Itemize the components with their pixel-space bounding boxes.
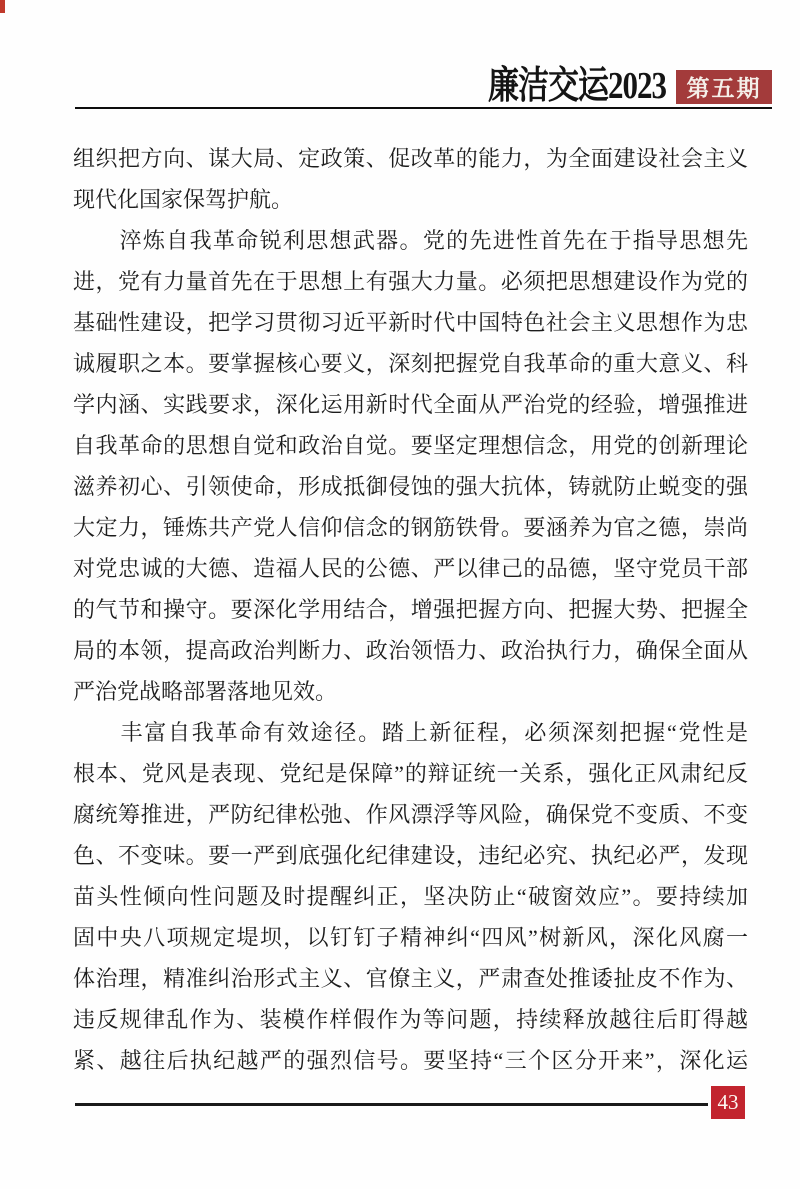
text-line: 自我革命的思想自觉和政治自觉。要坚定理想信念，用党的创新理论 xyxy=(73,425,748,466)
masthead-title: 廉洁交运2023 xyxy=(488,54,666,109)
text-line: 组织把方向、谋大局、定政策、促改革的能力，为全面建设社会主义 xyxy=(73,138,748,179)
text-line: 学内涵、实践要求，深化运用新时代全面从严治党的经验，增强推进 xyxy=(73,384,748,425)
header-rule xyxy=(75,107,772,109)
text-line: 根本、党风是表现、党纪是保障”的辩证统一关系，强化正风肃纪反 xyxy=(73,753,748,794)
text-line: 局的本领，提高政治判断力、政治领悟力、政治执行力，确保全面从 xyxy=(73,630,748,671)
text-line: 淬炼自我革命锐利思想武器。党的先进性首先在于指导思想先 xyxy=(73,220,748,261)
journal-page: 廉洁交运2023 第五期 组织把方向、谋大局、定政策、促改革的能力，为全面建设社… xyxy=(0,0,800,1189)
text-line: 色、不变味。要一严到底强化纪律建设，违纪必究、执纪必严，发现 xyxy=(73,835,748,876)
text-line: 违反规律乱作为、装模作样假作为等问题，持续释放越往后盯得越 xyxy=(73,999,748,1040)
text-line: 滋养初心、引领使命，形成抵御侵蚀的强大抗体，铸就防止蜕变的强 xyxy=(73,466,748,507)
text-line: 丰富自我革命有效途径。踏上新征程，必须深刻把握“党性是 xyxy=(73,712,748,753)
page-header: 廉洁交运2023 第五期 xyxy=(488,64,772,109)
text-line: 对党忠诚的大德、造福人民的公德、严以律己的品德，坚守党员干部 xyxy=(73,548,748,589)
text-line: 紧、越往后执纪越严的强烈信号。要坚持“三个区分开来”，深化运 xyxy=(73,1040,748,1081)
corner-red-mark xyxy=(0,0,5,13)
text-line: 苗头性倾向性问题及时提醒纠正，坚决防止“破窗效应”。要持续加 xyxy=(73,876,748,917)
issue-badge: 第五期 xyxy=(676,70,772,104)
text-line: 严治党战略部署落地见效。 xyxy=(73,671,748,712)
text-line: 现代化国家保驾护航。 xyxy=(73,179,748,220)
text-line: 基础性建设，把学习贯彻习近平新时代中国特色社会主义思想作为忠 xyxy=(73,302,748,343)
page-number-badge: 43 xyxy=(711,1086,745,1119)
text-line: 诚履职之本。要掌握核心要义，深刻把握党自我革命的重大意义、科 xyxy=(73,343,748,384)
text-line: 的气节和操守。要深化学用结合，增强把握方向、把握大势、把握全 xyxy=(73,589,748,630)
text-line: 进，党有力量首先在于思想上有强大力量。必须把思想建设作为党的 xyxy=(73,261,748,302)
text-line: 体治理，精准纠治形式主义、官僚主义，严肃查处推诿扯皮不作为、 xyxy=(73,958,748,999)
text-line: 腐统筹推进，严防纪律松弛、作风漂浮等风险，确保党不变质、不变 xyxy=(73,794,748,835)
text-line: 固中央八项规定堤坝，以钉钉子精神纠“四风”树新风，深化风腐一 xyxy=(73,917,748,958)
footer-rule xyxy=(75,1103,708,1106)
text-line: 大定力，锤炼共产党人信仰信念的钢筋铁骨。要涵养为官之德，崇尚 xyxy=(73,507,748,548)
body-text: 组织把方向、谋大局、定政策、促改革的能力，为全面建设社会主义 现代化国家保驾护航… xyxy=(73,138,748,1081)
